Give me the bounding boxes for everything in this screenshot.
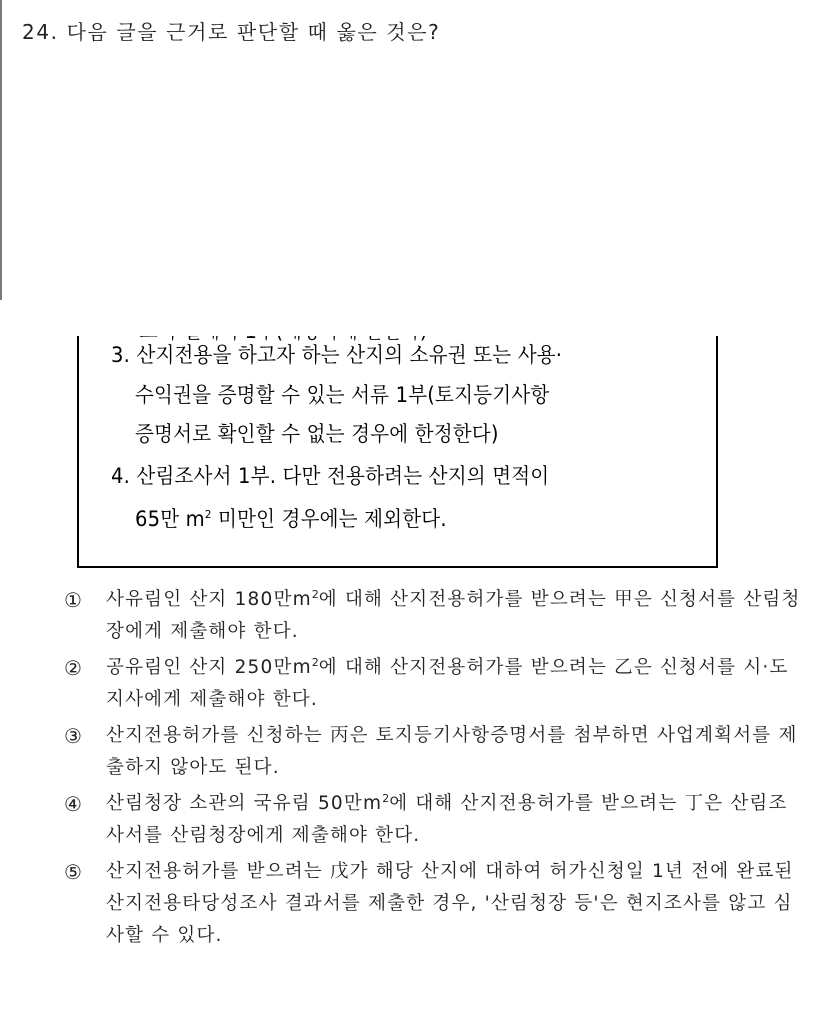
source-item-3-line-3: 증명서로 확인할 수 없는 경우에 한정한다)	[135, 422, 499, 446]
option-5[interactable]: ⑤ 산지전용허가를 받으려는 戊가 해당 산지에 대하여 허가신청일 1년 전에…	[64, 856, 804, 952]
option-number: ④	[64, 788, 83, 820]
answer-options: ① 사유림인 산지 180만m2에 대해 산지전용허가를 받으려는 甲은 신청서…	[64, 584, 804, 956]
clipped-source-line: 도서 설계서 1부(해당자에 한한다)	[139, 336, 427, 342]
option-4[interactable]: ④ 산림청장 소관의 국유림 50만m2에 대해 산지전용허가를 받으려는 丁은…	[64, 788, 804, 852]
area-value: 65만 m	[135, 507, 205, 531]
option-text: 사유림인 산지 180만m	[106, 589, 312, 610]
source-item-4-line-2: 65만 m2 미만인 경우에는 제외한다.	[135, 503, 447, 531]
source-item-3-line-2: 수익권을 증명할 수 있는 서류 1부(토지등기사항	[135, 383, 549, 407]
source-text-box: 도서 설계서 1부(해당자에 한한다) 3. 산지전용을 하고자 하는 산지의 …	[77, 336, 718, 568]
option-number: ②	[64, 652, 83, 684]
exclusion-text: 미만인 경우에는 제외한다.	[212, 507, 447, 531]
source-item-3-line-1: 3. 산지전용을 하고자 하는 산지의 소유권 또는 사용·	[111, 343, 562, 367]
option-text: 공유림인 산지 250만m	[106, 657, 312, 678]
option-text: 산림청장 소관의 국유림 50만m	[106, 793, 382, 814]
option-2[interactable]: ② 공유림인 산지 250만m2에 대해 산지전용허가를 받으려는 乙은 신청서…	[64, 652, 804, 716]
option-1[interactable]: ① 사유림인 산지 180만m2에 대해 산지전용허가를 받으려는 甲은 신청서…	[64, 584, 804, 648]
option-number: ⑤	[64, 856, 83, 888]
option-text: 산지전용허가를 받으려는 戊가 해당 산지에 대하여 허가신청일 1년 전에 완…	[106, 861, 794, 946]
option-number: ③	[64, 720, 83, 752]
superscript: 2	[312, 656, 319, 669]
question-title: 24. 다음 글을 근거로 판단할 때 옳은 것은?	[22, 16, 440, 45]
option-text: 산지전용허가를 신청하는 丙은 토지등기사항증명서를 첨부하면 사업계획서를 제…	[106, 725, 798, 778]
superscript: 2	[312, 588, 319, 601]
option-number: ①	[64, 584, 83, 616]
option-3[interactable]: ③ 산지전용허가를 신청하는 丙은 토지등기사항증명서를 첨부하면 사업계획서를…	[64, 720, 804, 784]
question-panel: 24. 다음 글을 근거로 판단할 때 옳은 것은?	[0, 0, 826, 300]
source-item-4-line-1: 4. 산림조사서 1부. 다만 전용하려는 산지의 면적이	[111, 464, 549, 488]
